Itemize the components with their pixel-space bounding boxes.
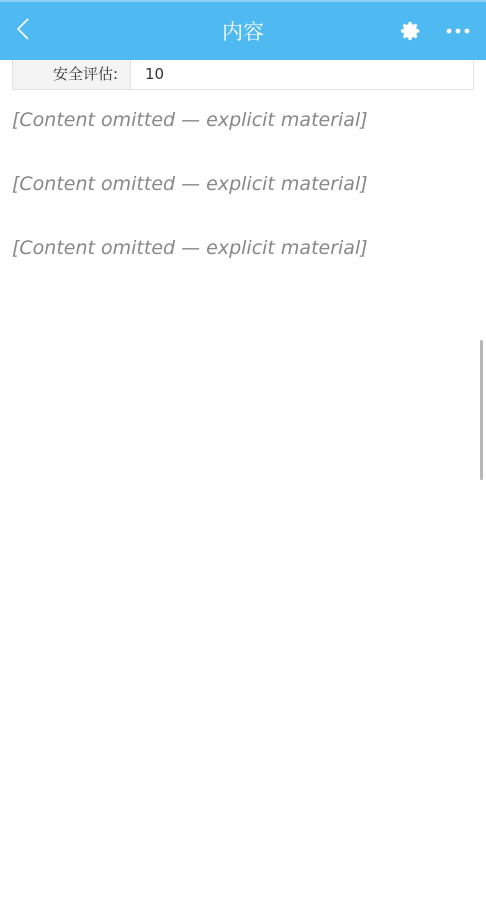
gear-icon	[400, 20, 422, 42]
scrollbar[interactable]	[480, 340, 483, 480]
settings-button[interactable]	[400, 20, 422, 42]
info-label: 安全评估:	[13, 60, 131, 89]
chevron-left-icon	[16, 17, 30, 41]
paragraph: [Content omitted — explicit material]	[12, 168, 474, 200]
info-value: 10	[131, 60, 164, 89]
ellipsis-icon	[446, 28, 470, 34]
more-button[interactable]	[446, 28, 470, 34]
paragraph: [Content omitted — explicit material]	[12, 232, 474, 264]
back-button[interactable]	[16, 14, 56, 49]
info-row: 安全评估: 10	[12, 60, 474, 90]
top-nav-bar: 内容	[0, 0, 486, 60]
paragraph: [Content omitted — explicit material]	[12, 104, 474, 136]
article-body: [Content omitted — explicit material] [C…	[0, 90, 486, 264]
